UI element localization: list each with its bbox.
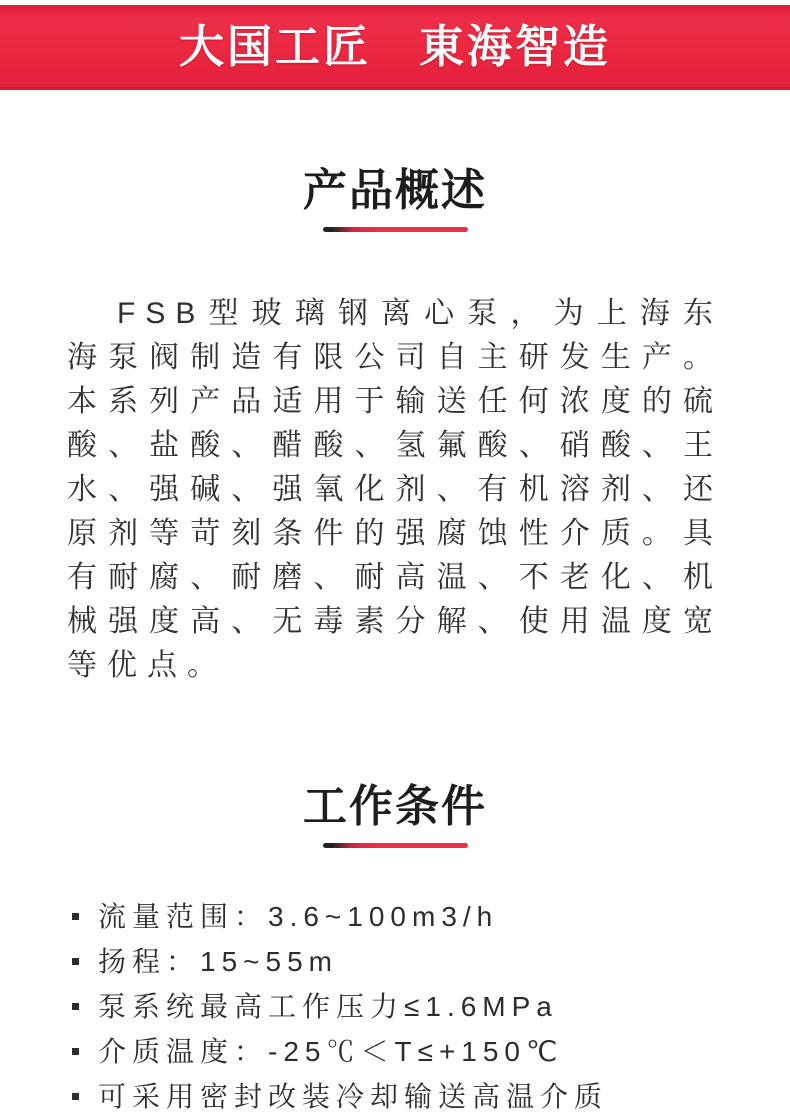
section-overview: 产品概述 FSB型玻璃钢离心泵，为上海东海泵阀制造有限公司自主研发生产。本系列产…	[0, 168, 790, 688]
list-item-head: 扬程：15~55m	[68, 939, 760, 984]
conditions-list: 流量范围：3.6~100m3/h 扬程：15~55m 泵系统最高工作压力≤1.6…	[68, 894, 760, 1119]
overview-title-underline	[323, 227, 468, 232]
list-item-seal-cooling: 可采用密封改装冷却输送高温介质	[68, 1074, 760, 1119]
conditions-title: 工作条件	[0, 784, 790, 830]
overview-title: 产品概述	[0, 168, 790, 214]
overview-paragraph: FSB型玻璃钢离心泵，为上海东海泵阀制造有限公司自主研发生产。本系列产品适用于输…	[67, 292, 723, 688]
list-item-max-pressure: 泵系统最高工作压力≤1.6MPa	[68, 984, 760, 1029]
header-banner: 大国工匠 東海智造	[0, 5, 790, 90]
page: 大国工匠 東海智造 产品概述 FSB型玻璃钢离心泵，为上海东海泵阀制造有限公司自…	[0, 0, 790, 1119]
banner-title: 大国工匠 東海智造	[179, 24, 611, 69]
section-conditions: 工作条件 流量范围：3.6~100m3/h 扬程：15~55m 泵系统最高工作压…	[0, 784, 790, 1119]
list-item-flow-range: 流量范围：3.6~100m3/h	[68, 894, 760, 939]
list-item-medium-temperature: 介质温度：-25℃＜T≤+150℃	[68, 1029, 760, 1074]
conditions-title-underline	[323, 843, 468, 848]
